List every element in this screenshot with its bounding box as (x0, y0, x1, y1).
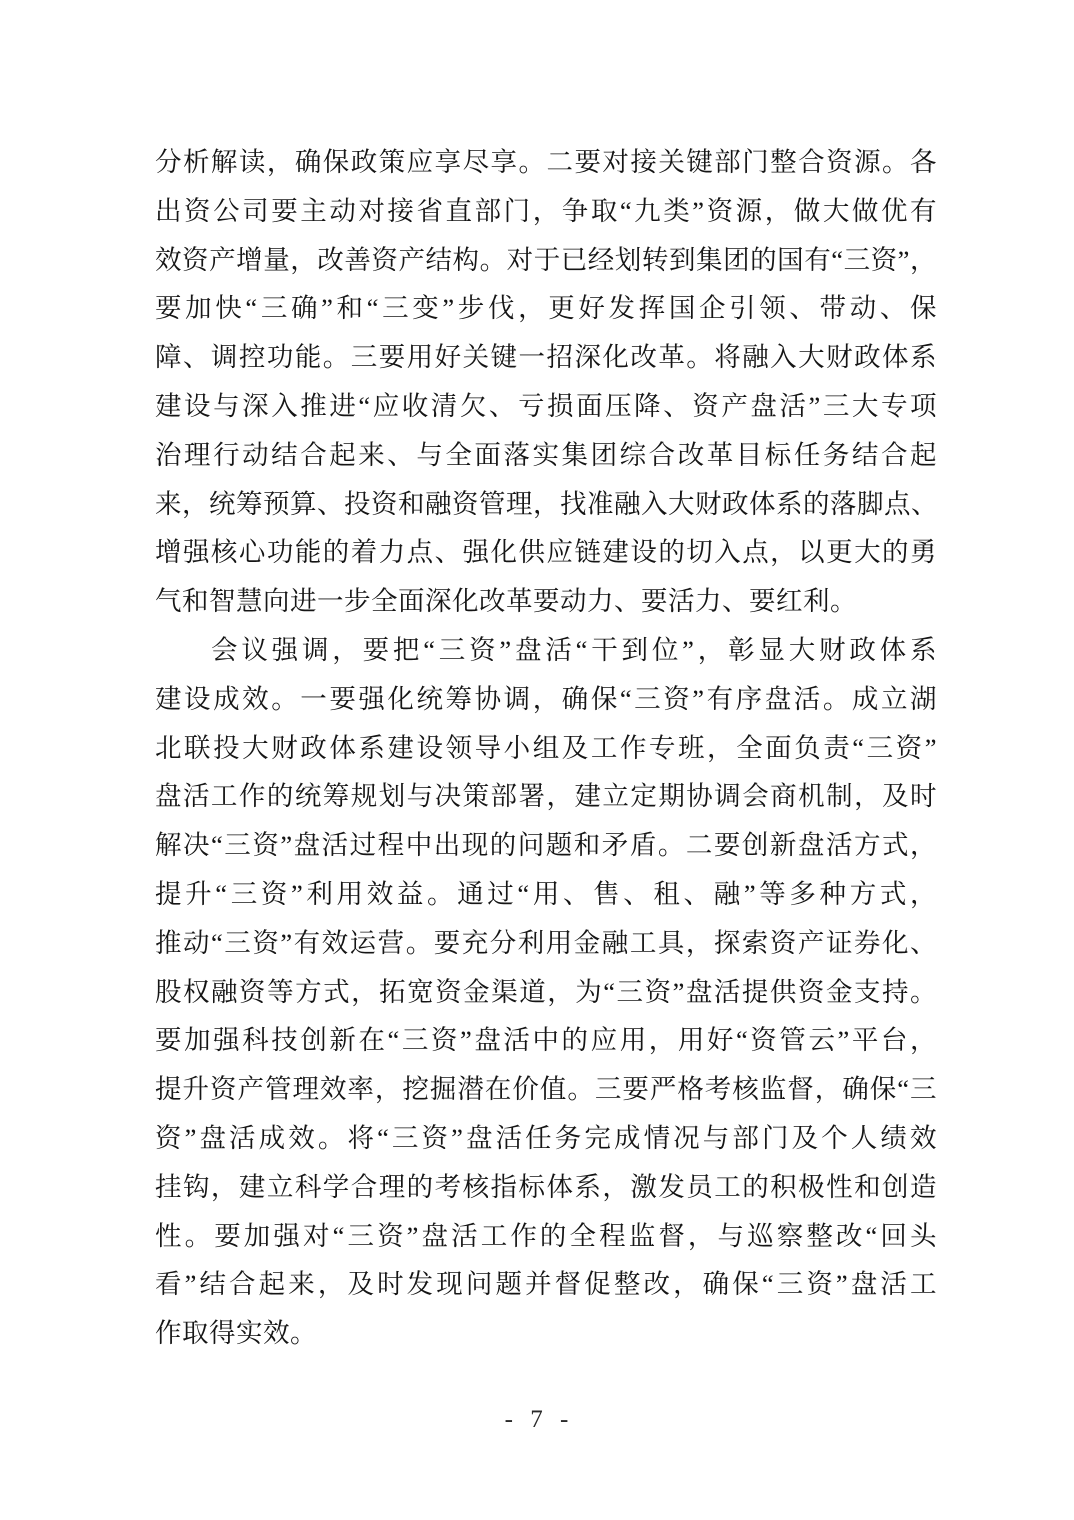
body-line: 提升“三资”利用效益。通过“用、售、租、融”等多种方式， (155, 870, 937, 919)
body-line: 解决“三资”盘活过程中出现的问题和矛盾。二要创新盘活方式， (155, 821, 937, 870)
body-line: 治理行动结合起来、与全面落实集团综合改革目标任务结合起 (155, 431, 937, 480)
body-line: 分析解读，确保政策应享尽享。二要对接关键部门整合资源。各 (155, 138, 937, 187)
body-line: 来，统筹预算、投资和融资管理，找准融入大财政体系的落脚点、 (155, 480, 937, 529)
body-line: 看”结合起来，及时发现问题并督促整改，确保“三资”盘活工 (155, 1260, 937, 1309)
body-line-paragraph-end: 气和智慧向进一步全面深化改革要动力、要活力、要红利。 (155, 577, 937, 626)
body-line: 出资公司要主动对接省直部门，争取“九类”资源，做大做优有 (155, 187, 937, 236)
document-page: 分析解读，确保政策应享尽享。二要对接关键部门整合资源。各 出资公司要主动对接省直… (0, 0, 1074, 1520)
body-line: 挂钩，建立科学合理的考核指标体系，激发员工的积极性和创造 (155, 1163, 937, 1212)
body-line: 增强核心功能的着力点、强化供应链建设的切入点，以更大的勇 (155, 528, 937, 577)
body-line-paragraph-end: 作取得实效。 (155, 1309, 937, 1358)
body-text: 分析解读，确保政策应享尽享。二要对接关键部门整合资源。各 出资公司要主动对接省直… (155, 138, 937, 1358)
body-line: 性。要加强对“三资”盘活工作的全程监督，与巡察整改“回头 (155, 1212, 937, 1261)
body-line: 资”盘活成效。将“三资”盘活任务完成情况与部门及个人绩效 (155, 1114, 937, 1163)
body-line: 要加快“三确”和“三变”步伐，更好发挥国企引领、带动、保 (155, 284, 937, 333)
body-line: 建设成效。一要强化统筹协调，确保“三资”有序盘活。成立湖 (155, 675, 937, 724)
body-line: 推动“三资”有效运营。要充分利用金融工具，探索资产证券化、 (155, 919, 937, 968)
body-line: 提升资产管理效率，挖掘潜在价值。三要严格考核监督，确保“三 (155, 1065, 937, 1114)
body-line: 北联投大财政体系建设领导小组及工作专班，全面负责“三资” (155, 724, 937, 773)
body-line: 障、调控功能。三要用好关键一招深化改革。将融入大财政体系 (155, 333, 937, 382)
page-number: - 7 - (0, 1406, 1074, 1434)
body-line: 盘活工作的统筹规划与决策部署，建立定期协调会商机制，及时 (155, 772, 937, 821)
body-line: 要加强科技创新在“三资”盘活中的应用，用好“资管云”平台， (155, 1016, 937, 1065)
body-line: 效资产增量，改善资产结构。对于已经划转到集团的国有“三资”， (155, 236, 937, 285)
body-line-paragraph-start: 会议强调，要把“三资”盘活“干到位”，彰显大财政体系 (155, 626, 937, 675)
body-line: 股权融资等方式，拓宽资金渠道，为“三资”盘活提供资金支持。 (155, 968, 937, 1017)
body-line: 建设与深入推进“应收清欠、亏损面压降、资产盘活”三大专项 (155, 382, 937, 431)
